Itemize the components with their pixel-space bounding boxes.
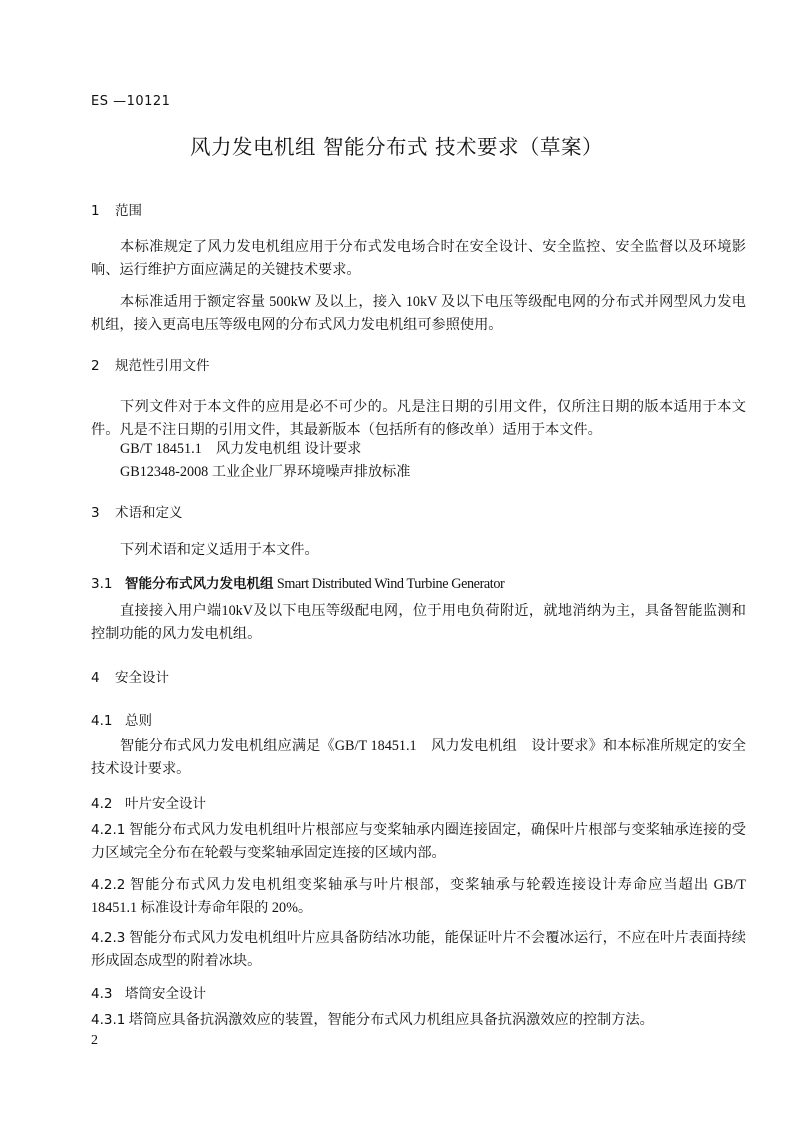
subsection-heading-4-2: 4.2叶片安全设计 [91, 792, 206, 812]
document-page: ES —10121 风力发电机组 智能分布式 技术要求（草案） 1范围 本标准规… [0, 0, 793, 1122]
clause-text: 智能分布式风力发电机组叶片根部应与变桨轴承内圈连接固定，确保叶片根部与变桨轴承连… [91, 822, 746, 861]
term-definition: 直接接入用户端10kV及以下电压等级配电网，位于用电负荷附近，就地消纳为主，具备… [91, 600, 746, 646]
term-cn: 智能分布式风力发电机组 [125, 576, 274, 592]
document-id: ES —10121 [91, 94, 170, 109]
section-title: 规范性引用文件 [115, 358, 210, 374]
section-title: 范围 [115, 203, 142, 219]
paragraph: 下列术语和定义适用于本文件。 [91, 539, 746, 562]
section-heading-2: 2规范性引用文件 [91, 354, 210, 374]
subsection-number: 4.3 [91, 986, 125, 1002]
clause-text: 智能分布式风力发电机组叶片应具备防结冰功能，能保证叶片不会覆冰运行，不应在叶片表… [91, 930, 746, 969]
page-number: 2 [91, 1033, 98, 1049]
clause-4-2-2: 4.2.2 智能分布式风力发电机组变桨轴承与叶片根部，变桨轴承与轮毂连接设计寿命… [91, 874, 746, 920]
subsection-number: 4.1 [91, 713, 125, 729]
clause-4-2-1: 4.2.1 智能分布式风力发电机组叶片根部应与变桨轴承内圈连接固定，确保叶片根部… [91, 819, 746, 865]
section-number: 3 [91, 505, 115, 521]
clause-number: 4.3.1 [91, 1012, 125, 1028]
clause-text: 塔筒应具备抗涡激效应的装置，智能分布式风力机组应具备抗涡激效应的控制方法。 [129, 1012, 654, 1028]
paragraph: 下列文件对于本文件的应用是必不可少的。凡是注日期的引用文件，仅所注日期的版本适用… [91, 396, 746, 442]
term-en: Smart Distributed Wind Turbine Generator [277, 576, 504, 592]
term-heading: 3.1智能分布式风力发电机组 Smart Distributed Wind Tu… [91, 572, 504, 593]
paragraph: 本标准规定了风力发电机组应用于分布式发电场合时在安全设计、安全监控、安全监督以及… [91, 236, 746, 282]
term-number: 3.1 [91, 576, 125, 592]
subsection-heading-4-3: 4.3塔筒安全设计 [91, 982, 206, 1002]
paragraph: 本标准适用于额定容量 500kW 及以上，接入 10kV 及以下电压等级配电网的… [91, 291, 746, 337]
clause-4-3-1: 4.3.1 塔筒应具备抗涡激效应的装置，智能分布式风力机组应具备抗涡激效应的控制… [91, 1009, 746, 1032]
clause-number: 4.2.3 [91, 930, 125, 946]
section-title: 安全设计 [115, 670, 169, 686]
section-heading-1: 1范围 [91, 199, 142, 219]
subsection-title: 塔筒安全设计 [125, 986, 206, 1002]
section-heading-3: 3术语和定义 [91, 501, 183, 521]
paragraph: 智能分布式风力发电机组应满足《GB/T 18451.1 风力发电机组 设计要求》… [91, 735, 746, 781]
reference-item: GB/T 18451.1 风力发电机组 设计要求 [120, 438, 361, 458]
section-title: 术语和定义 [115, 505, 183, 521]
clause-text: 智能分布式风力发电机组变桨轴承与叶片根部，变桨轴承与轮毂连接设计寿命应当超出 G… [91, 877, 746, 916]
section-heading-4: 4安全设计 [91, 666, 169, 686]
subsection-heading-4-1: 4.1总则 [91, 709, 152, 729]
subsection-title: 叶片安全设计 [125, 796, 206, 812]
section-number: 2 [91, 358, 115, 374]
section-number: 4 [91, 670, 115, 686]
subsection-number: 4.2 [91, 796, 125, 812]
subsection-title: 总则 [125, 713, 152, 729]
clause-4-2-3: 4.2.3 智能分布式风力发电机组叶片应具备防结冰功能，能保证叶片不会覆冰运行，… [91, 927, 746, 973]
reference-item: GB12348-2008 工业企业厂界环境噪声排放标准 [120, 461, 410, 481]
clause-number: 4.2.1 [91, 822, 125, 838]
clause-number: 4.2.2 [91, 877, 125, 893]
document-title: 风力发电机组 智能分布式 技术要求（草案） [0, 130, 793, 160]
section-number: 1 [91, 203, 115, 219]
